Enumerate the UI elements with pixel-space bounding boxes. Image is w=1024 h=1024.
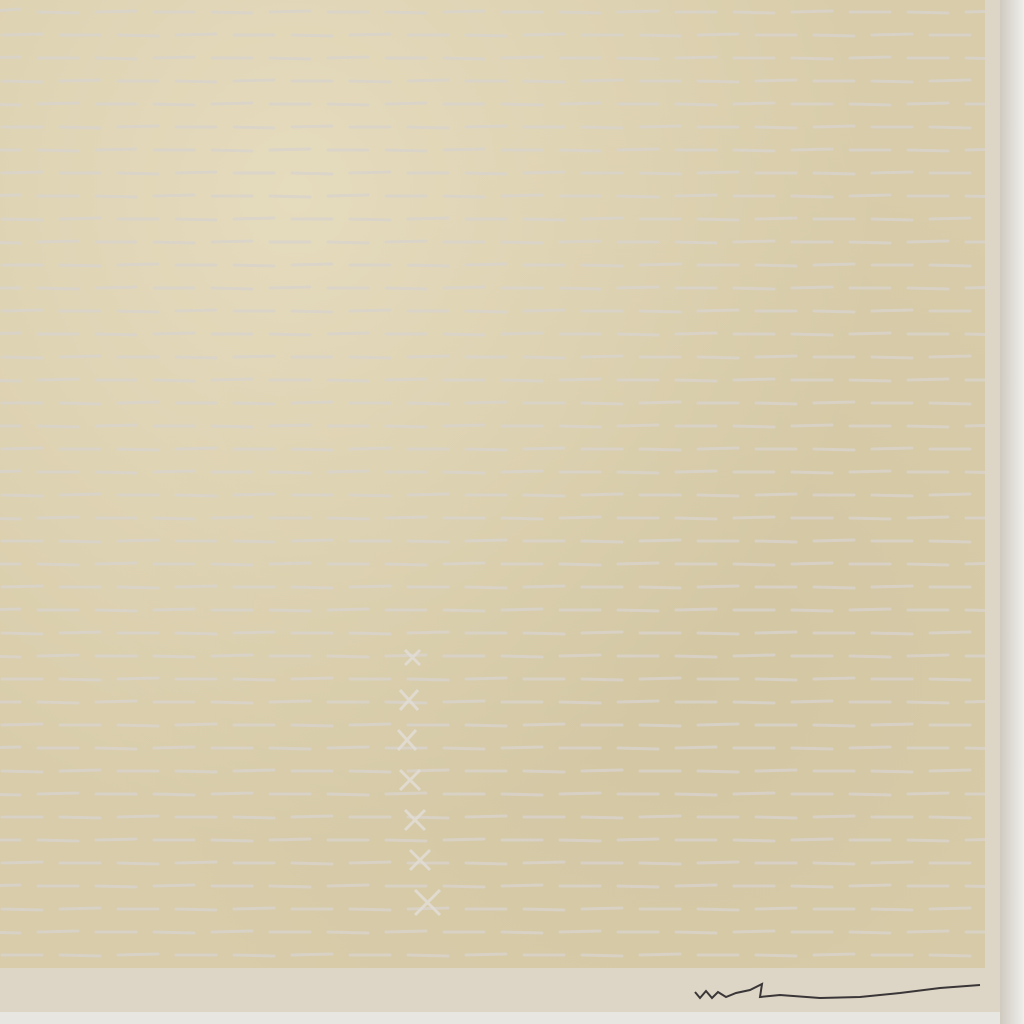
- edge-shadow: [1000, 0, 1024, 1024]
- pencil-signature: [690, 980, 990, 1010]
- vertical-cross-stitch-seam: [0, 0, 985, 968]
- artwork-photo: [0, 0, 1024, 1024]
